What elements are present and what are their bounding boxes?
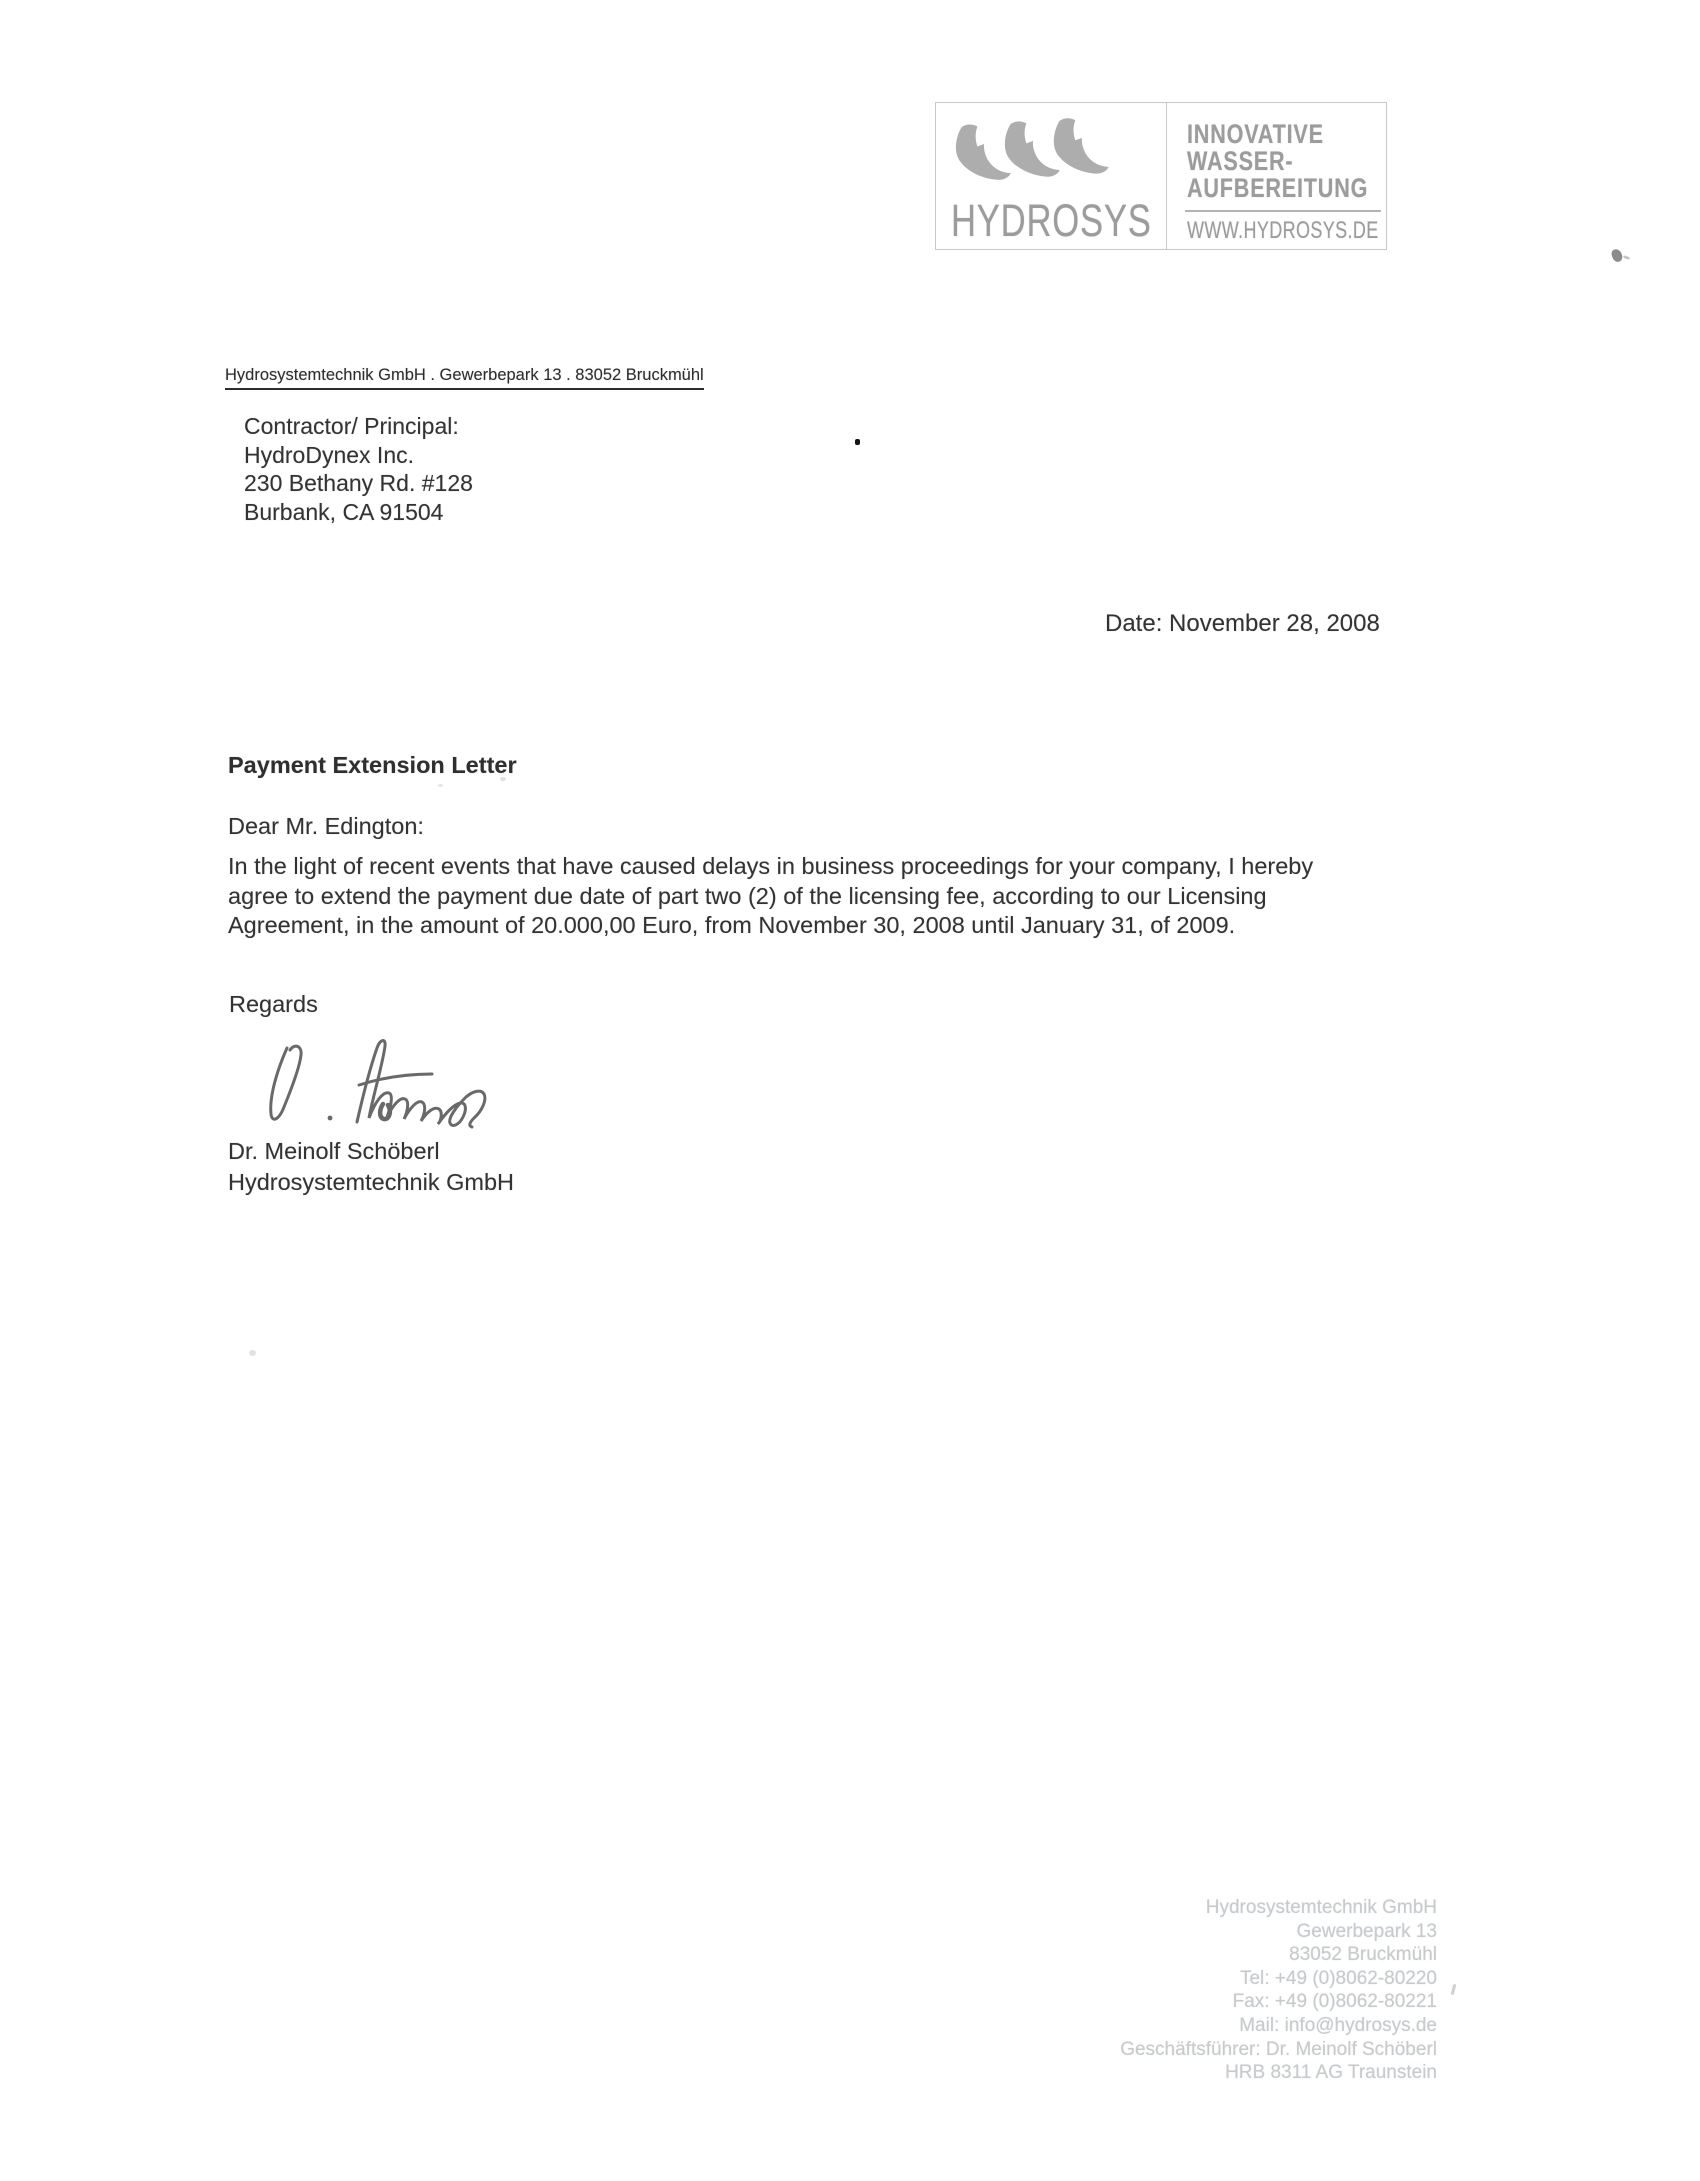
footer-address-block: Hydrosystemtechnik GmbH Gewerbepark 13 8… [1120,1896,1437,2085]
recipient-street: 230 Bethany Rd. #128 [244,469,473,498]
footer-line: HRB 8311 AG Traunstein [1120,2061,1437,2085]
footer-line: 83052 Bruckmühl [1120,1943,1437,1967]
subject-line: Payment Extension Letter [228,752,517,779]
date-line: Date: November 28, 2008 [1105,610,1380,638]
body-line: In the light of recent events that have … [228,852,1313,882]
body-line: Agreement, in the amount of 20.000,00 Eu… [228,911,1313,941]
logo-tagline: INNOVATIVE WASSER- AUFBEREITUNG [1187,121,1368,202]
logo-left-cell: HYDROSYS [936,103,1166,249]
recipient-company: HydroDynex Inc. [244,441,473,470]
logo-website: WWW.HYDROSYS.DE [1187,217,1379,245]
scan-artifact [1451,1984,1457,1995]
letterhead-logo: HYDROSYS INNOVATIVE WASSER- AUFBEREITUNG… [935,102,1387,250]
sender-return-address: Hydrosystemtechnik GmbH . Gewerbepark 13… [225,366,704,390]
signer-company: Hydrosystemtechnik GmbH [228,1167,514,1198]
recipient-city: Burbank, CA 91504 [244,498,473,527]
footer-line: Gewerbepark 13 [1120,1920,1437,1944]
logo-right-cell: INNOVATIVE WASSER- AUFBEREITUNG WWW.HYDR… [1166,103,1386,249]
closing: Regards [229,991,318,1018]
signer-block: Dr. Meinolf Schöberl Hydrosystemtechnik … [228,1136,514,1198]
handwritten-signature [256,1030,506,1140]
scan-artifact [249,1350,256,1356]
scan-artifact [1610,248,1624,263]
logo-divider-rule [1185,210,1381,212]
recipient-address: Contractor/ Principal: HydroDynex Inc. 2… [244,412,473,526]
scan-artifact [438,784,443,787]
sender-return-address-text: Hydrosystemtechnik GmbH . Gewerbepark 13… [225,366,704,390]
logo-wordmark: HYDROSYS [951,195,1152,247]
scan-artifact [855,439,860,445]
salutation: Dear Mr. Edington: [228,813,424,840]
body-line: agree to extend the payment due date of … [228,882,1313,912]
footer-line: Mail: info@hydrosys.de [1120,2014,1437,2038]
scan-artifact [1623,255,1631,260]
footer-line: Geschäftsführer: Dr. Meinolf Schöberl [1120,2038,1437,2062]
signer-name: Dr. Meinolf Schöberl [228,1136,514,1167]
body-paragraph: In the light of recent events that have … [228,852,1313,941]
footer-line: Fax: +49 (0)8062-80221 [1120,1990,1437,2014]
three-waves-icon [952,117,1154,199]
scanned-letter-page: HYDROSYS INNOVATIVE WASSER- AUFBEREITUNG… [0,0,1700,2181]
footer-line: Tel: +49 (0)8062-80220 [1120,1967,1437,1991]
footer-line: Hydrosystemtechnik GmbH [1120,1896,1437,1920]
recipient-label: Contractor/ Principal: [244,412,473,441]
